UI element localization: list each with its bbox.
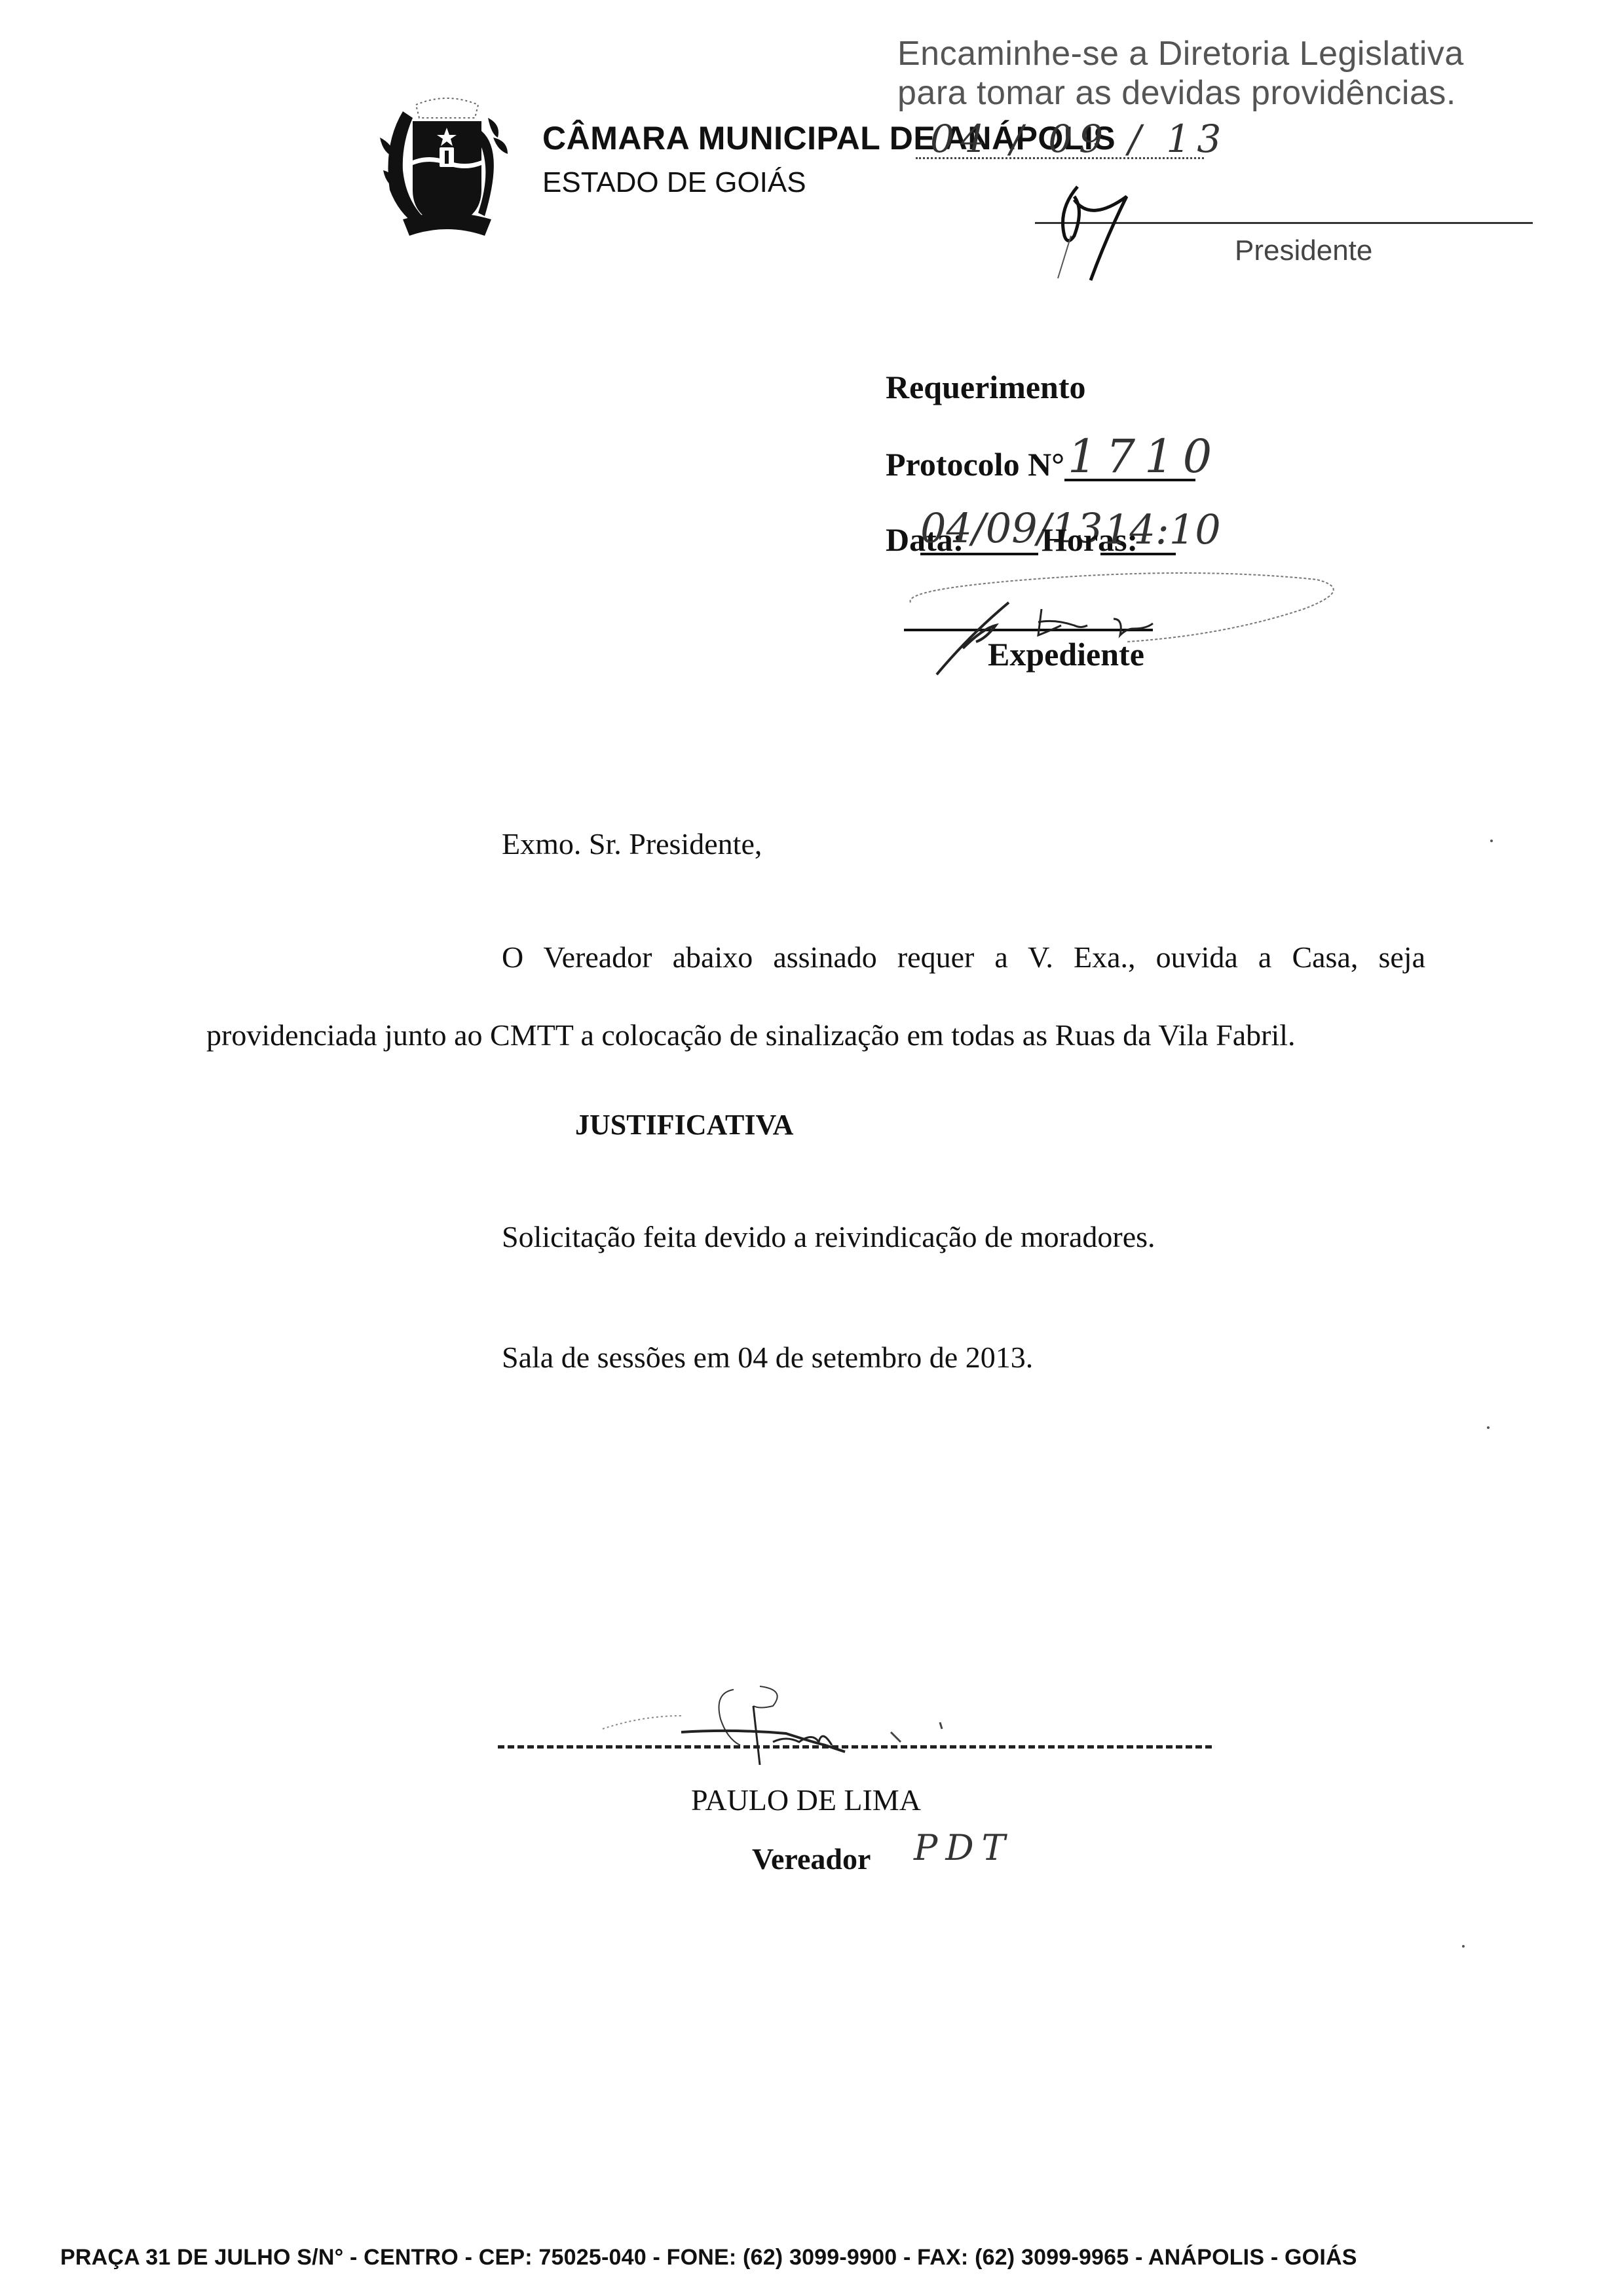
dispatch-role: Presidente <box>1235 234 1372 267</box>
state-name: ESTADO DE GOIÁS <box>542 166 806 199</box>
protocol-date-line <box>920 553 1038 555</box>
signer-party: PDT <box>914 1827 1013 1868</box>
salutation: Exmo. Sr. Presidente, <box>502 826 762 861</box>
dispatch-stamp-line2: para tomar as devidas providências. <box>897 73 1456 113</box>
municipal-coat-of-arms-icon <box>377 92 514 242</box>
justification-text: Solicitação feita devido a reivindicação… <box>502 1219 1155 1254</box>
signer-name: PAULO DE LIMA <box>691 1783 921 1817</box>
signature-line <box>498 1745 1212 1749</box>
footer-address: PRAÇA 31 DE JULHO S/N° - CENTRO - CEP: 7… <box>60 2245 1357 2270</box>
request-paragraph-line2: providenciada junto ao CMTT a colocação … <box>206 1018 1296 1052</box>
expediente-label: Expediente <box>988 635 1144 673</box>
dispatch-stamp-line1: Encaminhe-se a Diretoria Legislativa <box>897 34 1464 73</box>
protocol-number-label: Protocolo N° <box>886 445 1064 483</box>
dispatch-date-line <box>916 157 1204 159</box>
protocol-time-value: 14:10 <box>1104 506 1221 553</box>
councilman-signature-icon <box>563 1680 1087 1771</box>
president-signature-icon <box>1055 183 1146 282</box>
protocol-number-value: 1710 <box>1068 430 1221 483</box>
document-type: Requerimento <box>886 368 1086 406</box>
request-paragraph-line1: O Vereador abaixo assinado requer a V. E… <box>502 940 1425 974</box>
dispatch-stamp-date: 04 / 09 / 13 <box>930 117 1228 161</box>
justification-heading: JUSTIFICATIVA <box>575 1108 793 1141</box>
scan-speck <box>1487 1426 1490 1429</box>
scan-speck <box>1490 840 1493 842</box>
scan-speck <box>1462 1945 1465 1948</box>
session-date-text: Sala de sessões em 04 de setembro de 201… <box>502 1340 1033 1375</box>
signer-role: Vereador <box>752 1842 871 1876</box>
